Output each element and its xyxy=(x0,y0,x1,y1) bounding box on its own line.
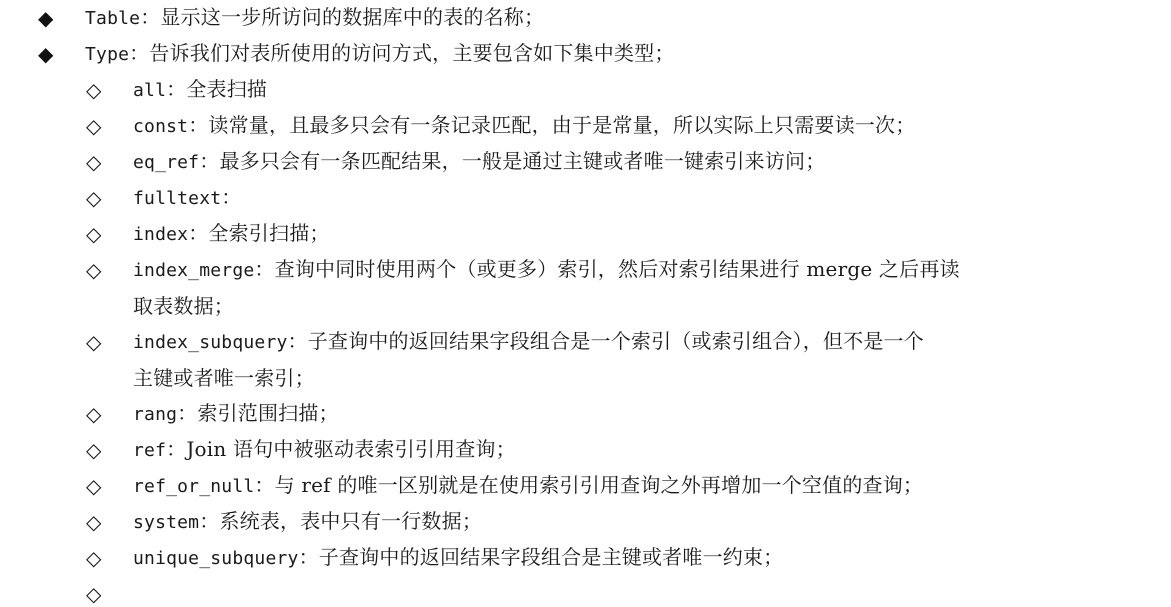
separator: ： xyxy=(129,41,149,65)
list-item-text: eq_ref：最多只会有一条匹配结果，一般是通过主键或者唯一键索引来访问； xyxy=(133,143,825,181)
term-description: 与 ref 的唯一区别就是在使用索引引用查询之外再增加一个空值的查询； xyxy=(275,473,924,497)
term-label: const xyxy=(133,116,188,137)
separator: ： xyxy=(199,509,219,533)
separator: ： xyxy=(188,113,208,137)
hollow-diamond-bullet-icon: ◇ xyxy=(86,468,101,504)
filled-diamond-bullet-icon: ◆ xyxy=(38,36,53,72)
term-label: fulltext xyxy=(133,188,221,209)
term-label: Table xyxy=(85,8,140,29)
term-label: index_merge xyxy=(133,260,254,281)
hollow-diamond-bullet-icon: ◇ xyxy=(86,396,101,432)
hollow-diamond-bullet-icon: ◇ xyxy=(86,144,101,180)
term-description: 子查询中的返回结果字段组合是一个索引（或索引组合），但不是一个 xyxy=(308,329,924,353)
continuation-text: 主键或者唯一索引； xyxy=(133,360,315,396)
term-label: index xyxy=(133,224,188,245)
document-page: ◆ Table：显示这一步所访问的数据库中的表的名称； ◆ Type：告诉我们对… xyxy=(0,0,1171,607)
hollow-diamond-bullet-icon: ◇ xyxy=(86,576,101,607)
term-description: 子查询中的返回结果字段组合是主键或者唯一约束； xyxy=(319,545,784,569)
list-item-text: const：读常量，且最多只会有一条记录匹配，由于是常量，所以实际上只需要读一次… xyxy=(133,107,915,145)
filled-diamond-bullet-icon: ◆ xyxy=(38,0,53,36)
separator: ： xyxy=(177,401,197,425)
term-label: unique_subquery xyxy=(133,548,299,569)
hollow-diamond-bullet-icon: ◇ xyxy=(86,432,101,468)
term-label: Type xyxy=(85,44,129,65)
list-item-text: index_merge：查询中同时使用两个（或更多）索引，然后对索引结果进行 m… xyxy=(133,251,960,289)
list-item-text: ref_or_null：与 ref 的唯一区别就是在使用索引引用查询之外再增加一… xyxy=(133,467,923,505)
hollow-diamond-bullet-icon: ◇ xyxy=(86,252,101,288)
term-label: index_subquery xyxy=(133,332,288,353)
separator: ： xyxy=(221,185,241,209)
list-item-text: Type：告诉我们对表所使用的访问方式，主要包含如下集中类型； xyxy=(85,35,675,73)
hollow-diamond-bullet-icon: ◇ xyxy=(86,324,101,360)
term-description: 最多只会有一条匹配结果，一般是通过主键或者唯一键索引来访问； xyxy=(219,149,825,173)
term-description: 全表扫描 xyxy=(186,77,267,101)
hollow-diamond-bullet-icon: ◇ xyxy=(86,180,101,216)
list-item-text: system：系统表，表中只有一行数据； xyxy=(133,503,482,541)
separator: ： xyxy=(288,329,308,353)
term-label: rang xyxy=(133,404,177,425)
term-description: 显示这一步所访问的数据库中的表的名称； xyxy=(160,5,544,29)
term-description: Join 语句中被驱动表索引引用查询； xyxy=(186,437,516,461)
separator: ： xyxy=(188,221,208,245)
term-label: system xyxy=(133,512,199,533)
hollow-diamond-bullet-icon: ◇ xyxy=(86,72,101,108)
hollow-diamond-bullet-icon: ◇ xyxy=(86,108,101,144)
separator: ： xyxy=(166,77,186,101)
list-item-text: rang：索引范围扫描； xyxy=(133,395,339,433)
term-label: ref xyxy=(133,440,166,461)
term-description: 系统表，表中只有一行数据； xyxy=(219,509,482,533)
separator: ： xyxy=(299,545,319,569)
continuation-text: 取表数据； xyxy=(133,288,234,324)
separator: ： xyxy=(254,257,274,281)
hollow-diamond-bullet-icon: ◇ xyxy=(86,540,101,576)
list-item-text: Table：显示这一步所访问的数据库中的表的名称； xyxy=(85,0,544,37)
list-item-text: ref：Join 语句中被驱动表索引引用查询； xyxy=(133,431,516,469)
term-label: all xyxy=(133,80,166,101)
separator: ： xyxy=(140,5,160,29)
term-description: 读常量，且最多只会有一条记录匹配，由于是常量，所以实际上只需要读一次； xyxy=(208,113,915,137)
list-item-text: unique_subquery：子查询中的返回结果字段组合是主键或者唯一约束； xyxy=(133,539,783,577)
separator: ： xyxy=(199,149,219,173)
separator: ： xyxy=(166,437,186,461)
term-description: 全索引扫描； xyxy=(208,221,329,245)
term-description: 告诉我们对表所使用的访问方式，主要包含如下集中类型； xyxy=(149,41,674,65)
hollow-diamond-bullet-icon: ◇ xyxy=(86,216,101,252)
term-label: ref_or_null xyxy=(133,476,254,497)
hollow-diamond-bullet-icon: ◇ xyxy=(86,504,101,540)
separator: ： xyxy=(254,473,274,497)
term-label: eq_ref xyxy=(133,152,199,173)
term-description: 索引范围扫描； xyxy=(197,401,338,425)
list-item-text: index：全索引扫描； xyxy=(133,215,330,253)
list-item-text: all：全表扫描 xyxy=(133,71,267,109)
list-item-text: index_subquery：子查询中的返回结果字段组合是一个索引（或索引组合）… xyxy=(133,323,924,361)
list-item-text: fulltext： xyxy=(133,179,242,217)
term-description: 查询中同时使用两个（或更多）索引，然后对索引结果进行 merge 之后再读 xyxy=(275,257,960,281)
